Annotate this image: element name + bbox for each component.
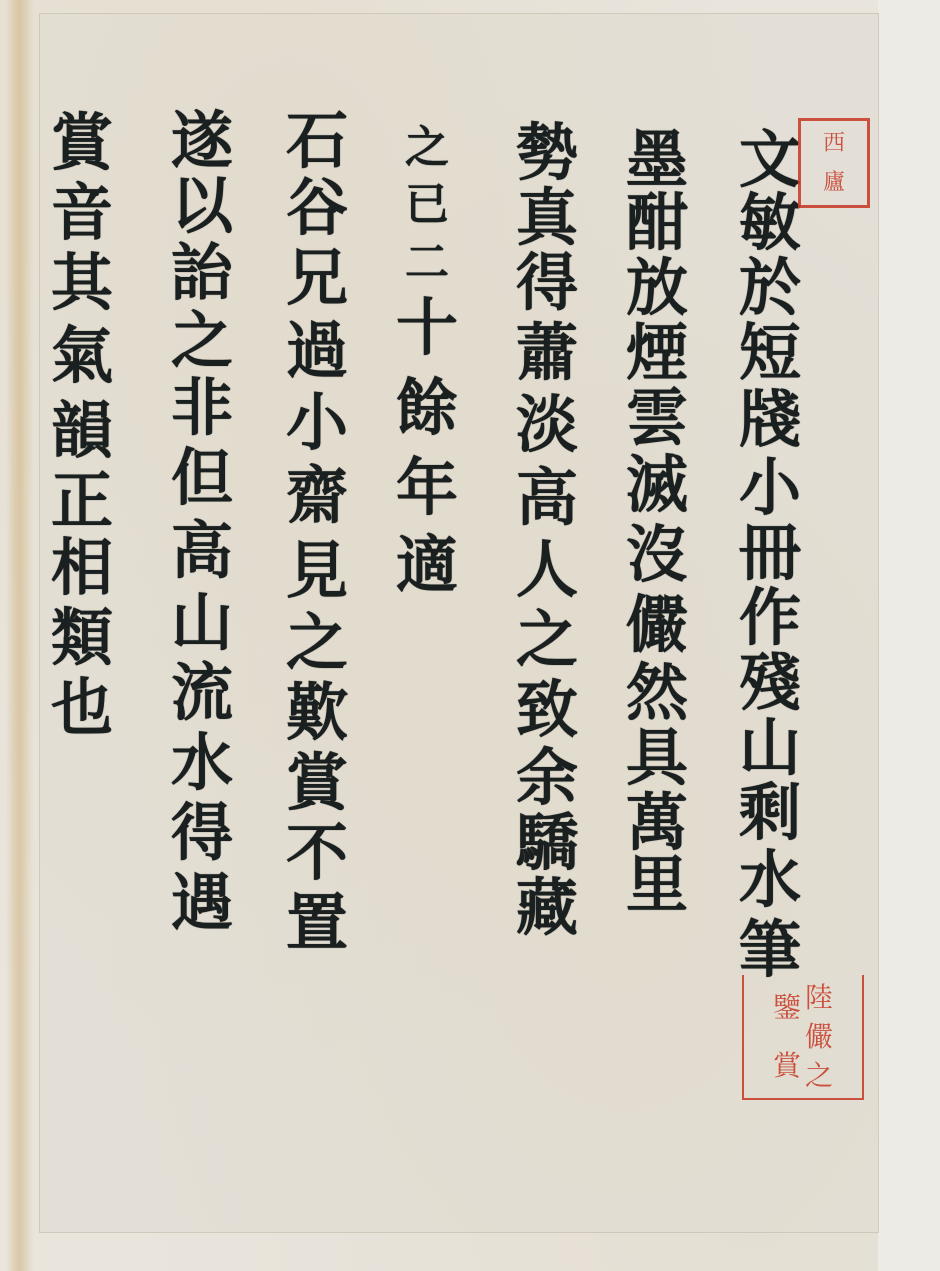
text-column-7: 賞音其氣韻正相類也: [40, 108, 124, 743]
calligraphy-character: 流: [160, 658, 244, 728]
calligraphy-character: 非: [160, 373, 244, 443]
calligraphy-character: 兄: [275, 243, 359, 313]
calligraphy-character: 余: [505, 745, 589, 810]
text-column-5: 石谷兄過小齋見之歎賞不置: [275, 108, 359, 958]
calligraphy-character: 作: [728, 585, 812, 650]
calligraphy-character: 致: [505, 675, 589, 745]
text-column-3: 勢真得蕭淡高人之致余驕藏: [505, 120, 589, 940]
calligraphy-character: 石: [275, 108, 359, 173]
calligraphy-character: 儼: [615, 590, 699, 660]
red-seal-top: 西廬: [798, 118, 870, 208]
calligraphy-character: 滅: [615, 450, 699, 520]
calligraphy-character: 正: [40, 468, 124, 533]
calligraphy-character: 小: [728, 455, 812, 520]
calligraphy-character: 之: [160, 308, 244, 373]
calligraphy-character: 墨: [615, 130, 699, 190]
calligraphy-character: 高: [160, 513, 244, 588]
seal-column: 西廬: [823, 124, 845, 202]
seal-character: 鑒: [773, 993, 801, 1022]
text-column-4: 之已二十餘年適: [385, 120, 469, 605]
calligraphy-character: 蕭: [505, 315, 589, 390]
calligraphy-character: 賞: [40, 108, 124, 178]
seal-character: 西: [823, 132, 845, 155]
calligraphy-character: 真: [505, 185, 589, 250]
calligraphy-character: 二: [385, 235, 469, 290]
calligraphy-character: 冊: [728, 520, 812, 585]
calligraphy-character: 勢: [505, 120, 589, 185]
calligraphy-character: 沒: [615, 520, 699, 590]
calligraphy-character: 酣: [615, 190, 699, 255]
calligraphy-character: 高: [505, 460, 589, 535]
calligraphy-character: 人: [505, 535, 589, 605]
calligraphy-character: 水: [160, 728, 244, 798]
calligraphy-character: 之: [275, 608, 359, 678]
calligraphy-character: 煙: [615, 320, 699, 385]
text-column-1: 文敏於短牋小冊作殘山剩水筆: [728, 130, 812, 985]
calligraphy-character: 遂: [160, 108, 244, 173]
calligraphy-character: 山: [160, 588, 244, 658]
calligraphy-character: 已: [385, 175, 469, 235]
calligraphy-character: 於: [728, 255, 812, 320]
calligraphy-character: 藏: [505, 875, 589, 940]
text-column-6: 遂以詒之非但高山流水得遇: [160, 108, 244, 938]
calligraphy-character: 不: [275, 818, 359, 888]
calligraphy-character: 里: [615, 855, 699, 915]
calligraphy-character: 然: [615, 660, 699, 725]
calligraphy-character: 放: [615, 255, 699, 320]
seal-character: 賞: [773, 1051, 801, 1080]
seal-column: 陸儼之: [805, 978, 833, 1095]
seal-column: 鑒賞: [773, 978, 801, 1095]
text-column-2: 墨酣放煙雲滅沒儼然具萬里: [615, 130, 699, 915]
calligraphy-character: 山: [728, 715, 812, 780]
calligraphy-character: 見: [275, 533, 359, 608]
calligraphy-character: 以: [160, 173, 244, 238]
calligraphy-character: 水: [728, 845, 812, 915]
calligraphy-character: 氣: [40, 318, 124, 393]
calligraphy-character: 遇: [160, 868, 244, 938]
calligraphy-character: 相: [40, 533, 124, 603]
calligraphy-character: 齋: [275, 458, 359, 533]
calligraphy-character: 剩: [728, 780, 812, 845]
calligraphy-character: 賞: [275, 748, 359, 818]
calligraphy-character: 其: [40, 248, 124, 318]
calligraphy-character: 之: [385, 120, 469, 175]
right-mount-margin: [878, 0, 940, 1271]
calligraphy-character: 過: [275, 313, 359, 388]
calligraphy-character: 驕: [505, 810, 589, 875]
calligraphy-character: 也: [40, 673, 124, 743]
calligraphy-character: 谷: [275, 173, 359, 243]
seal-character: 儼: [805, 1022, 833, 1051]
calligraphy-character: 萬: [615, 790, 699, 855]
calligraphy-character: 但: [160, 443, 244, 513]
calligraphy-character: 類: [40, 603, 124, 673]
calligraphy-character: 適: [385, 525, 469, 605]
calligraphy-character: 得: [505, 250, 589, 315]
calligraphy-character: 得: [160, 798, 244, 868]
calligraphy-character: 淡: [505, 390, 589, 460]
calligraphy-character: 韻: [40, 393, 124, 468]
calligraphy-character: 年: [385, 450, 469, 525]
red-seal-bottom: 陸儼之鑒賞: [742, 975, 864, 1100]
calligraphy-character: 置: [275, 888, 359, 958]
seal-character: 廬: [823, 171, 845, 194]
calligraphy-character: 小: [275, 388, 359, 458]
seal-character: 之: [805, 1061, 833, 1090]
calligraphy-character: 詒: [160, 238, 244, 308]
calligraphy-character: 具: [615, 725, 699, 790]
calligraphy-character: 餘: [385, 365, 469, 450]
calligraphy-character: 十: [385, 290, 469, 365]
calligraphy-character: 歎: [275, 678, 359, 748]
calligraphy-character: 短: [728, 320, 812, 385]
calligraphy-character: 牋: [728, 385, 812, 455]
left-edge-stain: [6, 0, 34, 1271]
calligraphy-character: 音: [40, 178, 124, 248]
calligraphy-character: 之: [505, 605, 589, 675]
seal-character: 陸: [805, 983, 833, 1012]
calligraphy-character: 殘: [728, 650, 812, 715]
calligraphy-character: 雲: [615, 385, 699, 450]
